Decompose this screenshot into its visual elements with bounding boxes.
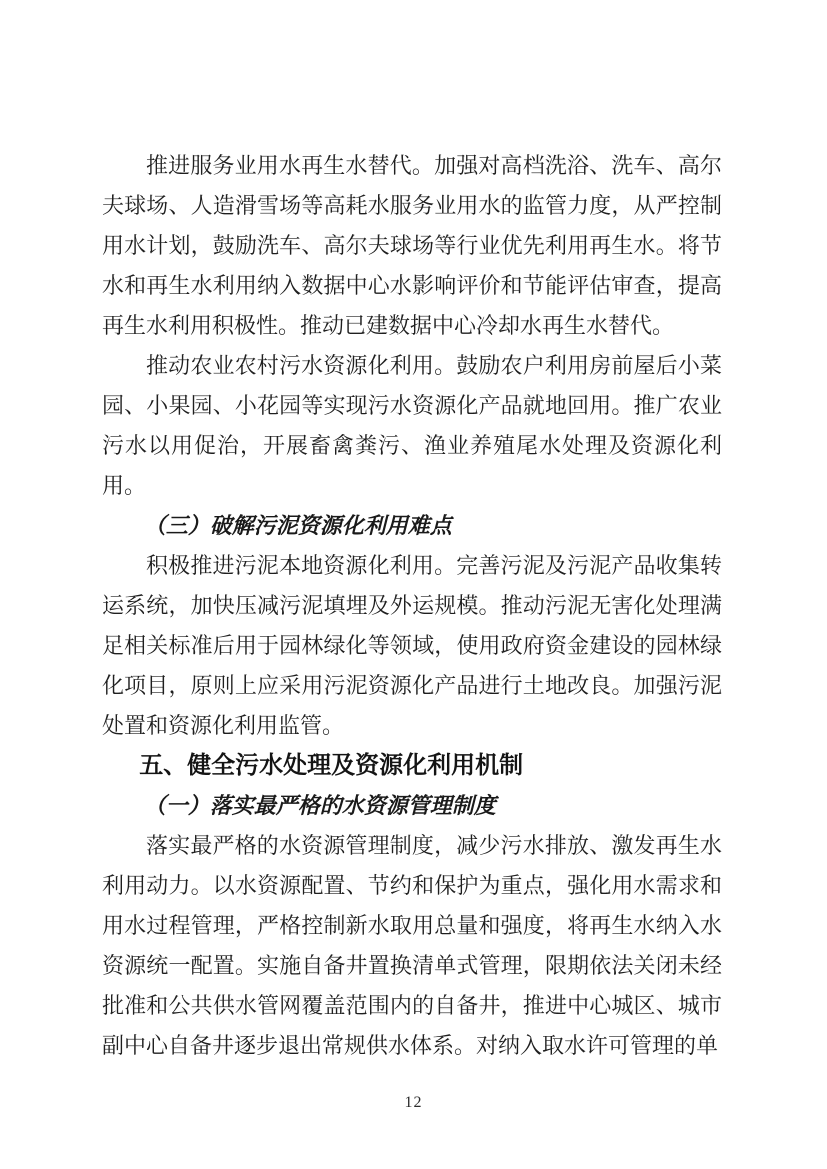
document-page: 推进服务业用水再生水替代。加强对高档洗浴、洗车、高尔夫球场、人造滑雪场等高耗水服… <box>0 0 827 1169</box>
paragraph-strict-water-management: 落实最严格的水资源管理制度，减少污水排放、激发再生水利用动力。以水资源配置、节约… <box>102 826 722 1066</box>
paragraph-service-industry-water-reuse: 推进服务业用水再生水替代。加强对高档洗浴、洗车、高尔夫球场、人造滑雪场等高耗水服… <box>102 146 722 346</box>
document-body: 推进服务业用水再生水替代。加强对高档洗浴、洗车、高尔夫球场、人造滑雪场等高耗水服… <box>102 146 722 1066</box>
heading-chapter-5-mechanism: 五、健全污水处理及资源化利用机制 <box>102 746 722 786</box>
paragraph-rural-sewage-reuse: 推动农业农村污水资源化利用。鼓励农户利用房前屋后小菜园、小果园、小花园等实现污水… <box>102 346 722 506</box>
page-footer: 12 <box>0 1094 827 1112</box>
paragraph-sludge-local-utilization: 积极推进污泥本地资源化利用。完善污泥及污泥产品收集转运系统，加快压减污泥填埋及外… <box>102 546 722 746</box>
page-number: 12 <box>405 1094 423 1111</box>
heading-section-1-water-resource-management: （一）落实最严格的水资源管理制度 <box>102 786 722 826</box>
heading-section-3-sludge-utilization: （三）破解污泥资源化利用难点 <box>102 506 722 546</box>
